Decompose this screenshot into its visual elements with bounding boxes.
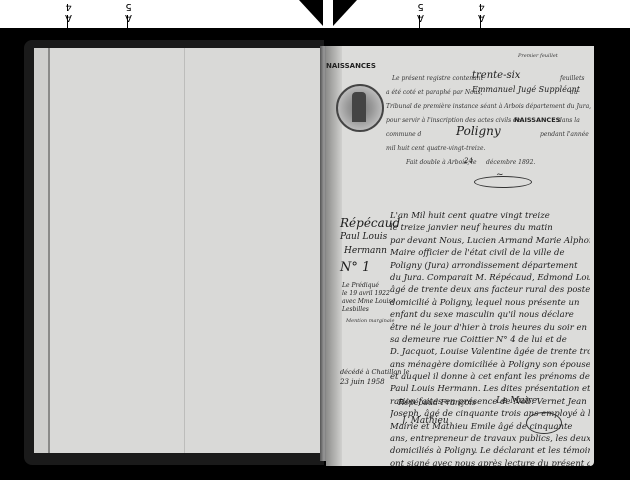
signature-mayor: Le Maire	[496, 396, 537, 406]
page-count-handwritten: trente-six	[472, 70, 520, 81]
ruler-mark: A 5	[127, 0, 128, 28]
official-signature-icon	[526, 412, 562, 434]
ruler-mark: A 4	[480, 0, 481, 28]
entry-number: N° 1	[340, 260, 370, 275]
scan-ruler: A 4 A 5 A 5 A 4	[0, 0, 630, 28]
signature-father: Répécaud François	[398, 398, 476, 407]
signature-witness: J. Mathieu	[402, 416, 449, 426]
center-marker-left-icon	[299, 0, 323, 26]
left-page-blank	[34, 48, 322, 453]
center-marker-right-icon	[333, 0, 357, 26]
register-book: NAISSANCES Premier feuillet Le présent r…	[24, 40, 594, 472]
commune-handwritten: Poligny	[456, 124, 501, 138]
section-title: NAISSANCES	[326, 62, 376, 70]
ruler-mark: A 5	[419, 0, 420, 28]
right-page: NAISSANCES Premier feuillet Le présent r…	[326, 46, 594, 466]
ruler-mark: A 4	[67, 0, 68, 28]
header-note: Premier feuillet	[518, 53, 558, 59]
republic-seal-icon	[336, 84, 384, 132]
